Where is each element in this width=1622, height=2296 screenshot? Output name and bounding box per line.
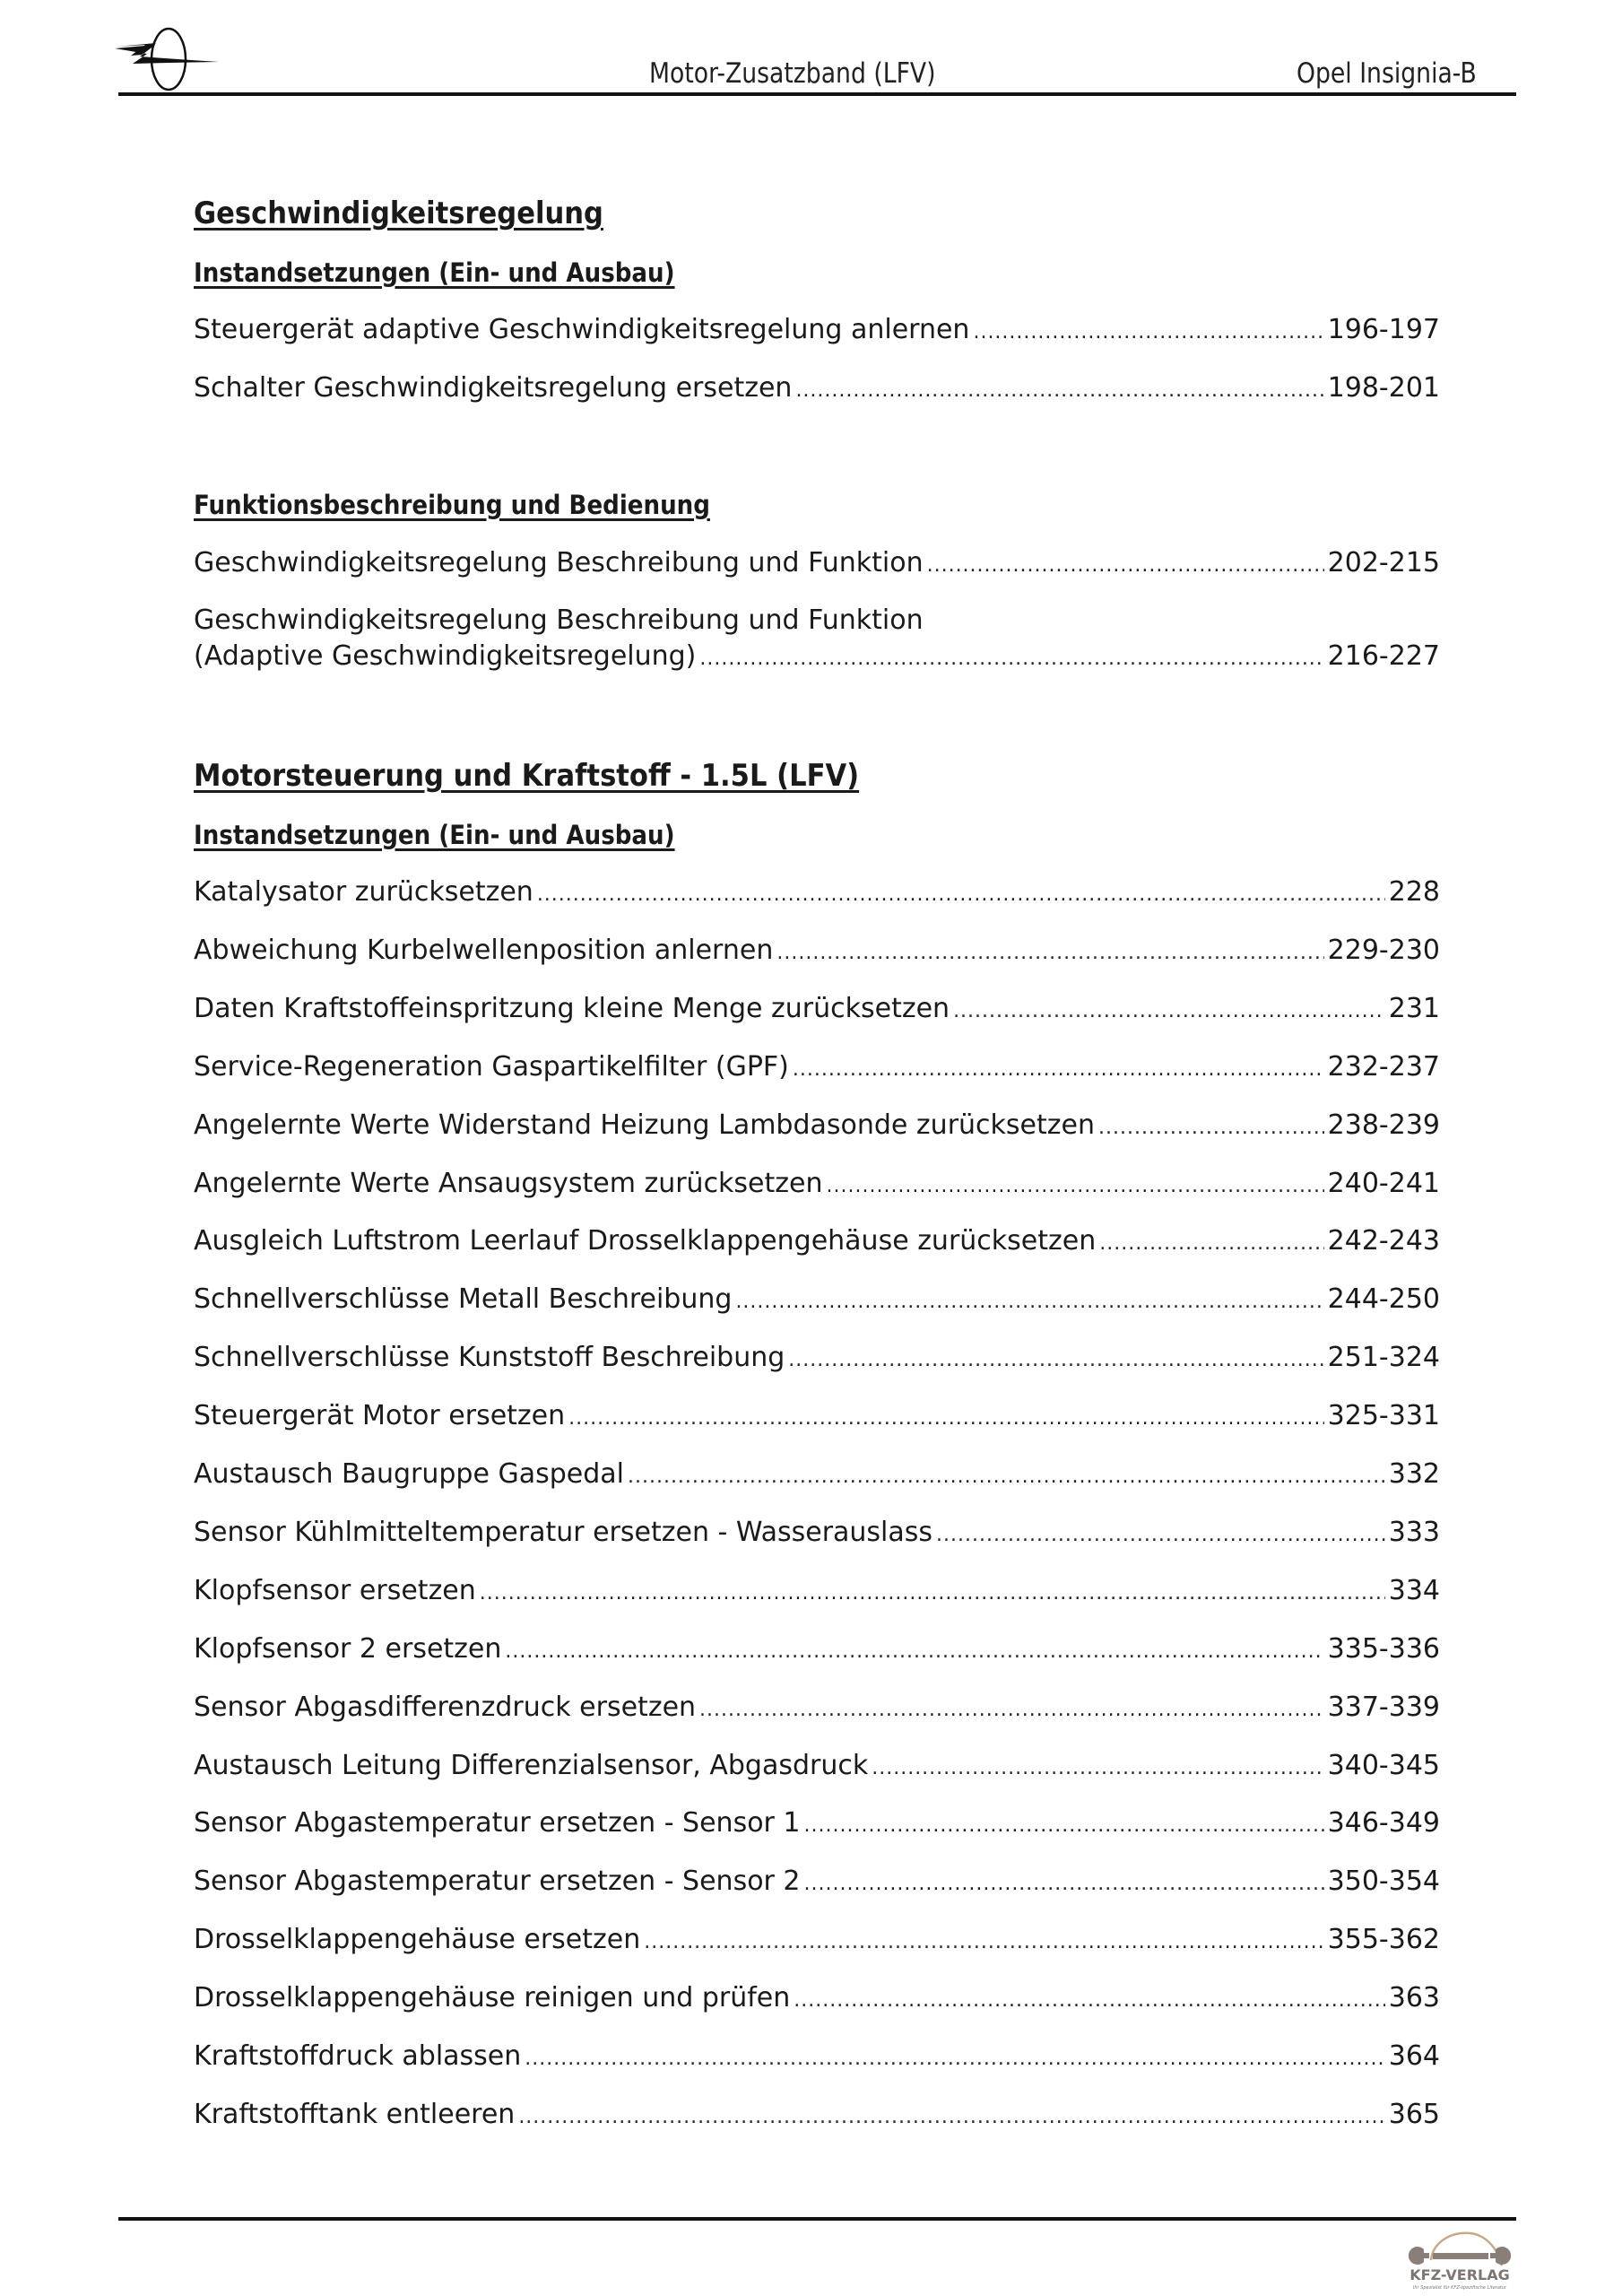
toc-entry-label: Austausch Leitung Differenzialsensor, Ab… <box>194 1748 868 1784</box>
leader-dots <box>699 1692 1324 1728</box>
toc-entry-pages: 238-239 <box>1328 1108 1440 1144</box>
toc-entry[interactable]: Schnellverschlüsse Kunststoff Beschreibu… <box>194 1340 1440 1378</box>
toc-entry-pages: 364 <box>1389 2039 1440 2074</box>
toc-entry-label: Schnellverschlüsse Kunststoff Beschreibu… <box>194 1340 785 1376</box>
toc-entry-pages: 242-243 <box>1328 1223 1440 1259</box>
publisher-tagline: Ihr Spezialist für KFZ-spezifische Liter… <box>1413 2285 1507 2291</box>
leader-dots <box>628 1459 1385 1495</box>
toc-entry-pages: 334 <box>1389 1573 1440 1609</box>
footer-rule <box>118 2217 1516 2221</box>
toc-entry-pages: 363 <box>1389 1980 1440 2016</box>
toc-entry[interactable]: Angelernte Werte Widerstand Heizung Lamb… <box>194 1108 1440 1146</box>
leader-dots <box>804 1808 1324 1844</box>
leader-dots <box>644 1925 1323 1961</box>
leader-dots <box>1098 1110 1324 1146</box>
toc-entry-pages: 240-241 <box>1328 1166 1440 1202</box>
toc-entry-pages: 251-324 <box>1328 1340 1440 1376</box>
toc-entry[interactable]: Kraftstofftank entleeren365 <box>194 2097 1440 2135</box>
leader-dots <box>480 1576 1385 1612</box>
leader-dots <box>1099 1226 1323 1262</box>
leader-dots <box>505 1634 1323 1670</box>
toc-entry[interactable]: Sensor Abgasdifferenzdruck ersetzen337-3… <box>194 1690 1440 1728</box>
toc-entry[interactable]: Steuergerät Motor ersetzen325-331 <box>194 1398 1440 1437</box>
toc-entry-label: Drosselklappengehäuse reinigen und prüfe… <box>194 1980 790 2016</box>
toc-entry-pages: 365 <box>1389 2097 1440 2133</box>
toc-entry-pages: 228 <box>1389 874 1440 910</box>
toc-entry[interactable]: Klopfsensor 2 ersetzen335-336 <box>194 1631 1440 1670</box>
toc-entry[interactable]: Klopfsensor ersetzen334 <box>194 1573 1440 1612</box>
leader-dots <box>699 641 1323 677</box>
leader-dots <box>568 1401 1324 1437</box>
toc-entry-label: (Adaptive Geschwindigkeitsregelung) <box>194 639 696 674</box>
toc-entry-label: Abweichung Kurbelwellenposition anlernen <box>194 933 773 969</box>
document-title: Motor-Zusatzband (LFV) <box>649 57 936 90</box>
leader-dots <box>776 935 1323 971</box>
toc-entry[interactable]: Drosselklappengehäuse ersetzen355-362 <box>194 1922 1440 1961</box>
toc-entry-label: Kraftstoffdruck ablassen <box>194 2039 521 2074</box>
toc-entry-pages: 196-197 <box>1328 312 1440 348</box>
toc-entry[interactable]: Austausch Leitung Differenzialsensor, Ab… <box>194 1748 1440 1787</box>
toc-entry[interactable]: Geschwindigkeitsregelung Beschreibung un… <box>194 545 1440 584</box>
subsection-heading: Instandsetzungen (Ein- und Ausbau) <box>194 820 675 850</box>
section-heading: Motorsteuerung und Kraftstoff - 1.5L (LF… <box>194 758 859 794</box>
leader-dots <box>788 1343 1323 1378</box>
leader-dots <box>804 1866 1324 1902</box>
toc-entry-label: Steuergerät adaptive Geschwindigkeitsreg… <box>194 312 969 348</box>
toc-entry-pages: 231 <box>1389 991 1440 1027</box>
toc-entry[interactable]: Steuergerät adaptive Geschwindigkeitsreg… <box>194 312 1440 351</box>
toc-entry-pages: 325-331 <box>1328 1398 1440 1434</box>
toc-entry-label: Angelernte Werte Ansaugsystem zurücksetz… <box>194 1166 823 1202</box>
toc-entry[interactable]: Ausgleich Luftstrom Leerlauf Drosselklap… <box>194 1223 1440 1262</box>
toc-entry-label: Steuergerät Motor ersetzen <box>194 1398 565 1434</box>
toc-entry-pages: 202-215 <box>1328 545 1440 581</box>
leader-dots <box>927 548 1324 584</box>
toc-entry[interactable]: Austausch Baugruppe Gaspedal332 <box>194 1457 1440 1495</box>
leader-dots <box>525 2041 1384 2077</box>
header-rule <box>118 92 1516 96</box>
toc-entry[interactable]: Katalysator zurücksetzen228 <box>194 874 1440 913</box>
leader-dots <box>936 1518 1385 1553</box>
toc-entry-pages: 198-201 <box>1328 370 1440 406</box>
toc-entry-label: Sensor Abgastemperatur ersetzen - Sensor… <box>194 1864 801 1900</box>
toc-entry[interactable]: Schalter Geschwindigkeitsregelung ersetz… <box>194 370 1440 409</box>
leader-dots <box>827 1169 1324 1205</box>
toc-entry-label: Daten Kraftstoffeinspritzung kleine Meng… <box>194 991 950 1027</box>
leader-dots <box>872 1751 1323 1787</box>
leader-dots <box>794 1983 1384 2019</box>
toc-entry[interactable]: Angelernte Werte Ansaugsystem zurücksetz… <box>194 1166 1440 1205</box>
toc-entry-label: Katalysator zurücksetzen <box>194 874 533 910</box>
toc-entry-label: Service-Regeneration Gaspartikelfilter (… <box>194 1049 789 1085</box>
toc-entry-pages: 346-349 <box>1328 1805 1440 1841</box>
toc-entry-pages: 333 <box>1389 1515 1440 1551</box>
toc-entry[interactable]: Schnellverschlüsse Metall Beschreibung24… <box>194 1282 1440 1320</box>
toc-entry-label: Kraftstofftank entleeren <box>194 2097 515 2133</box>
leader-dots <box>795 373 1323 409</box>
toc-entry-pages: 355-362 <box>1328 1922 1440 1958</box>
leader-dots <box>537 877 1385 913</box>
toc-entry-label: Ausgleich Luftstrom Leerlauf Drosselklap… <box>194 1223 1096 1259</box>
toc-entry-label: Schalter Geschwindigkeitsregelung ersetz… <box>194 370 792 406</box>
toc-entry-pages: 332 <box>1389 1457 1440 1492</box>
toc-entry[interactable]: Service-Regeneration Gaspartikelfilter (… <box>194 1049 1440 1088</box>
toc-entry[interactable]: Drosselklappengehäuse reinigen und prüfe… <box>194 1980 1440 2019</box>
vehicle-model: Opel Insignia-B <box>1297 57 1477 90</box>
toc-entry-label: Sensor Abgasdifferenzdruck ersetzen <box>194 1690 696 1726</box>
toc-entry[interactable]: Abweichung Kurbelwellenposition anlernen… <box>194 933 1440 971</box>
toc-entry-pages: 232-237 <box>1328 1049 1440 1085</box>
section-heading: Geschwindigkeitsregelung <box>194 196 603 231</box>
toc-entry-label: Schnellverschlüsse Metall Beschreibung <box>194 1282 732 1318</box>
subsection-heading: Instandsetzungen (Ein- und Ausbau) <box>194 257 675 288</box>
toc-entry-pages: 229-230 <box>1328 933 1440 969</box>
toc-entry-pages: 244-250 <box>1328 1282 1440 1318</box>
opel-logo-icon <box>115 25 221 93</box>
toc-entry-label: Klopfsensor ersetzen <box>194 1573 476 1609</box>
toc-entry-pages: 340-345 <box>1328 1748 1440 1784</box>
toc-entry-pages: 216-227 <box>1328 639 1440 674</box>
toc-entry[interactable]: Kraftstoffdruck ablassen364 <box>194 2039 1440 2077</box>
kfz-verlag-logo-icon: KFZ-VERLAG Ihr Spezialist für KFZ-spezif… <box>1406 2226 1514 2292</box>
leader-dots <box>793 1052 1324 1088</box>
leader-dots <box>518 2100 1384 2135</box>
toc-entry-pages: 337-339 <box>1328 1690 1440 1726</box>
toc-entry[interactable]: Sensor Kühlmitteltemperatur ersetzen - W… <box>194 1515 1440 1553</box>
toc-entry-pages: 335-336 <box>1328 1631 1440 1667</box>
leader-dots <box>735 1284 1323 1320</box>
toc-entry-label: Geschwindigkeitsregelung Beschreibung un… <box>194 545 924 581</box>
toc-entry[interactable]: Sensor Abgastemperatur ersetzen - Sensor… <box>194 1864 1440 1902</box>
subsection-heading: Funktionsbeschreibung und Bedienung <box>194 490 710 520</box>
leader-dots <box>953 994 1385 1030</box>
toc-entry[interactable]: Geschwindigkeitsregelung Beschreibung un… <box>194 603 1440 677</box>
publisher-name: KFZ-VERLAG <box>1409 2266 1509 2283</box>
toc-entry-label: Klopfsensor 2 ersetzen <box>194 1631 501 1667</box>
toc-entry-label: Drosselklappengehäuse ersetzen <box>194 1922 640 1958</box>
toc-entry-label: Austausch Baugruppe Gaspedal <box>194 1457 624 1492</box>
toc-entry[interactable]: Daten Kraftstoffeinspritzung kleine Meng… <box>194 991 1440 1030</box>
leader-dots <box>973 315 1323 351</box>
toc-entry-label-line1: Geschwindigkeitsregelung Beschreibung un… <box>194 603 1440 639</box>
toc-entry-label: Sensor Abgastemperatur ersetzen - Sensor… <box>194 1805 801 1841</box>
toc-entry-label: Angelernte Werte Widerstand Heizung Lamb… <box>194 1108 1095 1144</box>
toc-entry-pages: 350-354 <box>1328 1864 1440 1900</box>
toc-entry-label: Sensor Kühlmitteltemperatur ersetzen - W… <box>194 1515 932 1551</box>
toc-entry[interactable]: Sensor Abgastemperatur ersetzen - Sensor… <box>194 1805 1440 1844</box>
